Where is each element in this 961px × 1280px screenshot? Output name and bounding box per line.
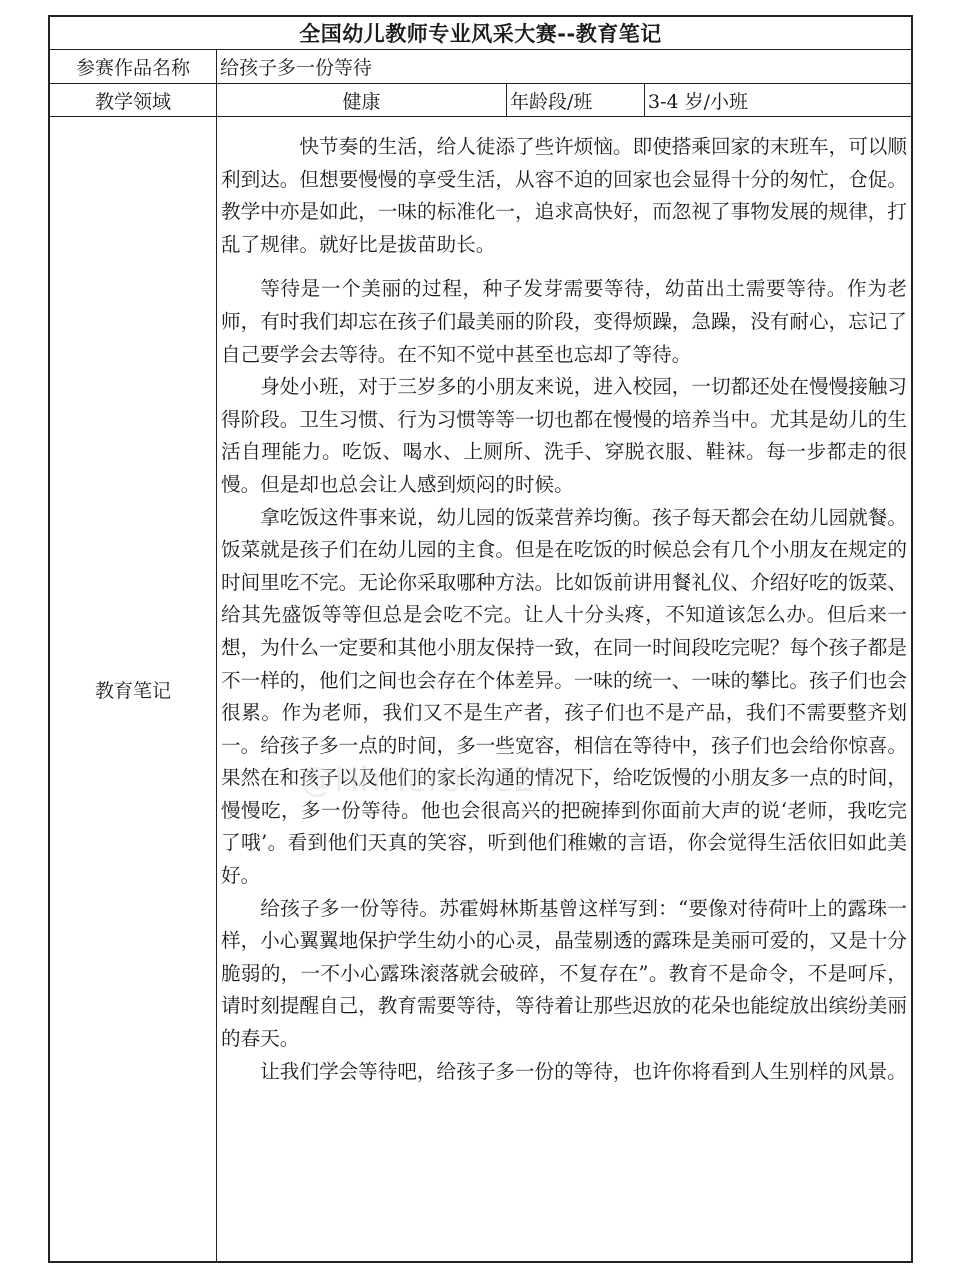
entry-name-value: 给孩子多一份等待 <box>217 50 911 83</box>
essay-body: 快节奏的生活，给人徒添了些许烦恼。即使搭乘回家的末班车，可以顺利到达。但想要慢慢… <box>221 131 907 1261</box>
paragraph: 等待是一个美丽的过程，种子发芽需要等待，幼苗出土需要等待。作为老师，有时我们却忘… <box>221 273 907 371</box>
paragraph: 快节奏的生活，给人徒添了些许烦恼。即使搭乘回家的末班车，可以顺利到达。但想要慢慢… <box>221 131 907 261</box>
education-notes-form: 全国幼儿教师专业风采大赛--教育笔记 参赛作品名称 给孩子多一份等待 教学领域 … <box>48 15 913 1263</box>
age-value: 3-4 岁/小班 <box>645 84 911 116</box>
form-title: 全国幼儿教师专业风采大赛--教育笔记 <box>50 17 911 49</box>
entry-name-row: 参赛作品名称 给孩子多一份等待 <box>50 50 911 84</box>
paragraph: 让我们学会等待吧，给孩子多一份的等待，也许你将看到人生别样的风景。 <box>221 1056 907 1089</box>
domain-row: 教学领域 健康 年龄段/班 3-4 岁/小班 <box>50 84 911 117</box>
notes-label: 教育笔记 <box>50 117 217 1261</box>
paragraph: 身处小班，对于三岁多的小朋友来说，进入校园，一切都还处在慢慢接触习得阶段。卫生习… <box>221 371 907 501</box>
paragraph: 给孩子多一份等待。苏霍姆林斯基曾这样写到：“要像对待荷叶上的露珠一样，小心翼翼地… <box>221 893 907 1056</box>
paragraph: 拿吃饭这件事来说，幼儿园的饭菜营养均衡。孩子每天都会在幼儿园就餐。饭菜就是孩子们… <box>221 502 907 893</box>
entry-name-label: 参赛作品名称 <box>50 50 217 83</box>
domain-value: 健康 <box>217 84 507 116</box>
domain-label: 教学领域 <box>50 84 217 116</box>
age-label: 年龄段/班 <box>507 84 645 116</box>
title-row: 全国幼儿教师专业风采大赛--教育笔记 <box>50 17 911 50</box>
